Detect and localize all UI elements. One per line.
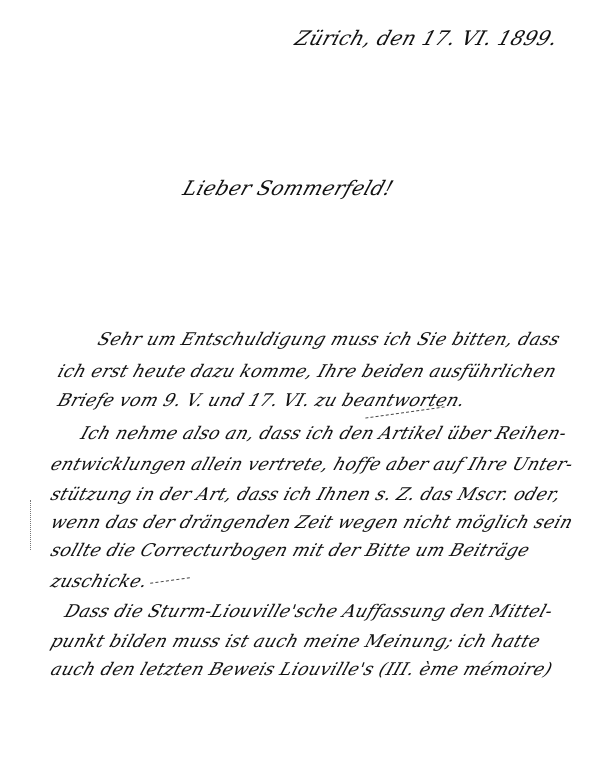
letter-line-10: Dass die Sturm-Liouville'sche Auffassung…: [62, 602, 555, 622]
letter-line-11: punkt bilden muss ist auch meine Meinung…: [48, 632, 543, 652]
letter-line-1: Sehr um Entschuldigung muss ich Sie bitt…: [95, 330, 563, 350]
letter-line-6: stützung in der Art, dass ich Ihnen s. Z…: [48, 485, 563, 505]
trailing-dash-line: [150, 577, 190, 584]
letter-line-3: Briefe vom 9. V. und 17. VI. zu beantwor…: [55, 391, 468, 411]
letter-line-9: zuschicke.: [48, 572, 150, 592]
letter-line-12: auch den letzten Beweis Liouville's (III…: [48, 660, 555, 680]
margin-marks: [30, 500, 45, 550]
letter-line-5: entwicklungen allein vertrete, hoffe abe…: [48, 455, 576, 475]
letter-page: Zürich, den 17. VI. 1899. Lieber Sommerf…: [0, 0, 595, 757]
letter-line-2: ich erst heute dazu komme, Ihre beiden a…: [55, 362, 559, 382]
letter-line-8: sollte die Correcturbogen mit der Bitte …: [48, 541, 532, 561]
letter-line-7: wenn das der drängenden Zeit wegen nicht…: [48, 513, 575, 533]
letter-line-4: Ich nehme also an, dass ich den Artikel …: [78, 424, 569, 444]
letter-dateline: Zürich, den 17. VI. 1899.: [292, 26, 561, 50]
letter-salutation: Lieber Sommerfeld!: [180, 176, 397, 200]
